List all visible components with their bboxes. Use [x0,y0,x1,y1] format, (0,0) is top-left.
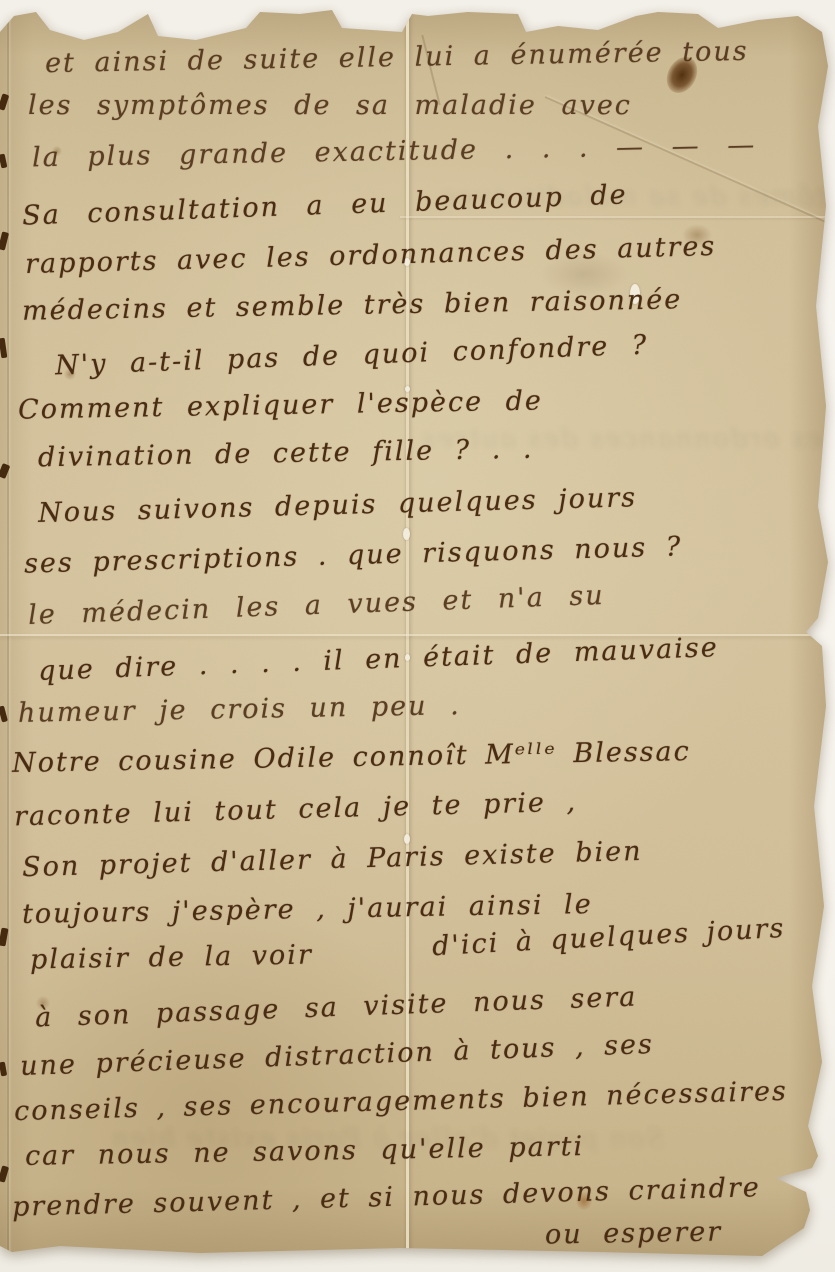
letter-line: divination de cette fille ? . . [38,434,534,474]
margin-ink-mark [0,93,9,110]
letter-line: Comment expliquer l'espèce de [18,385,543,425]
margin-ink-mark [0,1165,9,1182]
letter-line: que dire . . . . il en était de mauvaise [38,632,720,687]
fold-crease-horizontal-faint [400,216,830,218]
letter-line: une précieuse distraction à tous , ses [20,1029,655,1082]
letter-page-wrap: les symptômes de sa maladie avec rapport… [0,0,835,1272]
letter-line: car nous ne savons qu'elle parti [25,1131,585,1172]
letter-line: et ainsi de suite elle lui a énumérée to… [45,36,749,79]
margin-ink-mark [0,154,7,169]
letter-line: ses prescriptions . que risquons nous ? [24,531,683,579]
margin-ink-mark [0,705,8,722]
letter-line: la plus grande exactitude . . . — — — [32,130,757,174]
letter-line: à son passage sa visite nous sera [35,981,638,1033]
margin-ink-mark [0,928,9,947]
letter-line: Sa consultation a eu beaucoup de [22,179,628,231]
letter-line: conseils , ses encouragements bien néces… [14,1076,788,1127]
scan-background: les symptômes de sa maladie avec rapport… [0,0,835,1272]
margin-ink-mark [0,1062,7,1077]
margin-ink-mark [0,338,7,359]
letter-line: ou esperer [545,1216,723,1250]
letter-line: toujours j'espère , j'aurai ainsi le [22,889,593,930]
margin-ink-mark [0,463,10,479]
letter-line: Son projet d'aller à Paris existe bien [22,836,643,883]
letter-line: raconte lui tout cela je te prie , [14,787,578,833]
letter-line: les symptômes de sa maladie avec [28,90,632,121]
letter-page: les symptômes de sa maladie avec rapport… [0,6,830,1262]
letter-line: plaisir de la voir [30,940,313,976]
margin-ink-mark [0,231,9,250]
letter-line: médecins et semble très bien raisonnée [22,284,683,327]
letter-line: Notre cousine Odile connoît Mᵉˡˡᵉ Blessa… [12,736,691,779]
letter-line: humeur je crois un peu . [18,690,461,729]
letter-line: prendre souvent , et si nous devons crai… [12,1172,761,1223]
letter-line: Nous suivons depuis quelques jours [38,482,638,529]
letter-line: le médecin les a vues et n'a su [28,580,605,631]
letter-line: rapports avec les ordonnances des autres [25,231,717,280]
fold-crease-left [7,6,9,1262]
letter-line: N'y a-t-il pas de quoi confondre ? [55,330,649,382]
